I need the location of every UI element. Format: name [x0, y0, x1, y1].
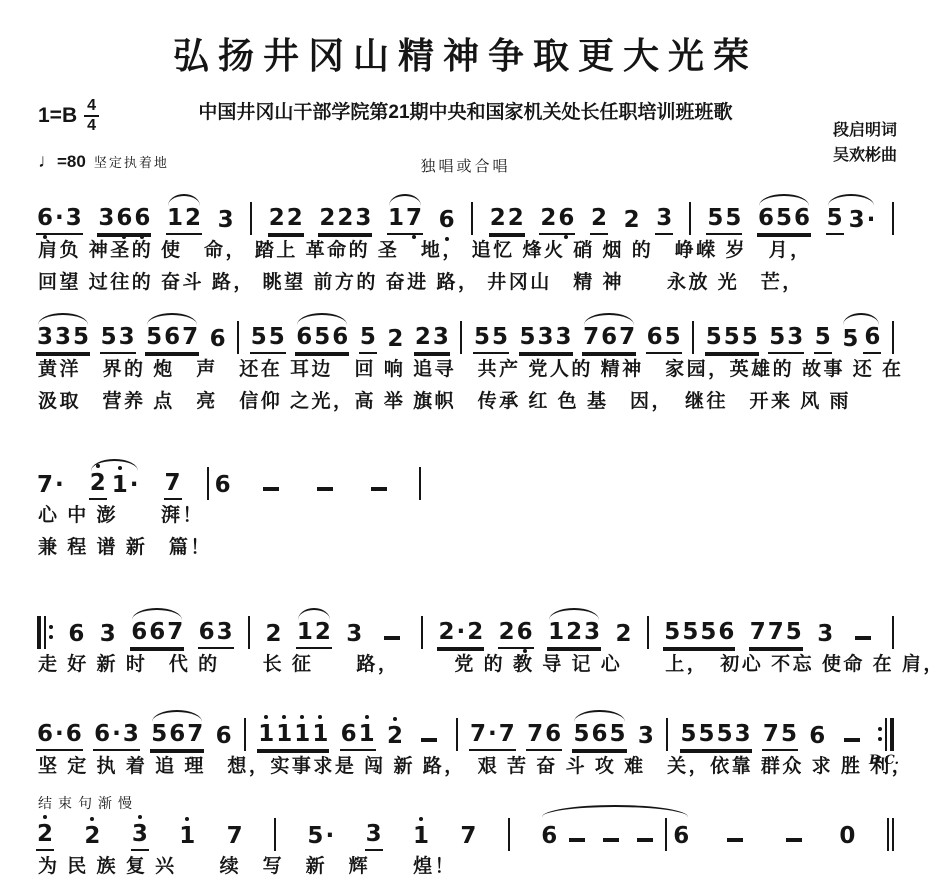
octave-up-dot: [138, 815, 142, 819]
note-group: 1: [176, 825, 198, 851]
slurred-note-group: 21·: [87, 472, 142, 500]
note-group: 6·6: [34, 723, 85, 751]
lyrics-line-1: 走 好 新 时 代 的 长 征 路， 党 的 教 导 记 心 上， 初心 不忘 …: [34, 649, 897, 681]
note: 3: [637, 725, 655, 751]
slurred-note-group: 667: [128, 621, 186, 649]
note: 22: [268, 207, 304, 235]
note: 567: [145, 326, 199, 354]
slurred-note-group: 12: [294, 621, 334, 649]
repeat-dots-icon: [49, 617, 53, 647]
note-group: 5553: [678, 723, 754, 751]
duration-dash: [786, 838, 802, 842]
lyrics-line-1: 为 民 族 复 兴 续 写 新 辉 煌！: [34, 851, 897, 877]
note: 61: [340, 723, 376, 751]
note-group: 3: [635, 725, 657, 751]
duration-dash: [855, 636, 871, 640]
duration-dash: [384, 636, 400, 640]
note: 5: [841, 328, 859, 354]
time-signature-bottom: 4: [87, 117, 96, 135]
note-group: [835, 738, 869, 751]
note-group: 555: [703, 326, 761, 354]
slurred-note-group: 565: [570, 723, 628, 751]
song-title: 弘扬井冈山精神争取更大光荣: [34, 28, 897, 79]
note-group: 1: [410, 825, 432, 851]
note-group: 3: [343, 623, 365, 649]
note-group: [846, 636, 880, 649]
note: 7·7: [469, 723, 516, 751]
barline-stroke: [37, 616, 41, 649]
key-label: 1=B: [38, 104, 77, 128]
note: 3: [99, 623, 117, 649]
octave-up-dot: [419, 817, 423, 821]
note: 1111: [257, 723, 329, 751]
note: 667: [130, 621, 184, 649]
barline-stroke: [665, 818, 667, 851]
note-group: 223: [316, 207, 374, 235]
lyrics-line-2: 回望 过往的 奋斗 路， 眺望 前方的 奋进 路， 井冈山 精 神 永放 光 芒…: [34, 267, 897, 299]
note: 17: [387, 207, 423, 235]
note-group: 775: [747, 621, 805, 649]
barline-stroke: [647, 616, 649, 649]
note: 3: [365, 823, 383, 851]
note-group: 6: [212, 474, 234, 500]
barline: [207, 467, 209, 500]
note: 366: [97, 207, 151, 235]
octave-up-dot: [264, 715, 268, 719]
note: 6: [540, 825, 558, 851]
note: 2: [89, 472, 107, 500]
octave-down-dot: [564, 235, 568, 239]
octave-down-dot: [523, 649, 527, 653]
barline: [471, 202, 473, 235]
note-group: [362, 487, 396, 500]
barline-stroke: [892, 202, 894, 235]
note: 3: [131, 823, 149, 851]
lyrics-line-2: 兼 程 谱 新 篇！: [34, 532, 897, 564]
barline-stroke: [456, 718, 458, 751]
note: 2·2: [437, 621, 484, 649]
note: 7: [226, 825, 244, 851]
note-group: 5: [357, 326, 379, 354]
note-group: 533: [517, 326, 575, 354]
note-group: [375, 636, 409, 649]
lyrics-line-1: 心 中 澎 湃！: [34, 500, 897, 532]
note: 6: [209, 328, 227, 354]
barline-stroke: [887, 818, 889, 851]
notes-line: 223175·317660: [34, 801, 897, 851]
note-group: 5556: [661, 621, 737, 649]
note: 533: [519, 326, 573, 354]
note: 1: [178, 825, 196, 851]
barline-stroke: [460, 321, 462, 354]
duration-dash: [317, 487, 333, 491]
barline: [244, 718, 246, 751]
note-group: 26: [537, 207, 577, 235]
note: 12: [296, 621, 332, 649]
octave-up-dot: [90, 817, 94, 821]
note: 6·3: [36, 207, 83, 235]
notes-line: 6·66·3567611116127·77656535553756D.C.: [34, 701, 897, 751]
note: 2: [36, 823, 54, 851]
note: 5·: [306, 825, 335, 851]
note: 55: [473, 326, 509, 354]
system-6: 结束句渐慢223175·317660为 民 族 复 兴 续 写 新 辉 煌！: [34, 793, 897, 877]
note: 2: [386, 328, 404, 354]
note: 1·: [111, 474, 140, 500]
barline-stroke: [274, 818, 276, 851]
repeat-begin-barline: [37, 616, 53, 649]
slurred-note-group: 123: [545, 621, 603, 649]
note: 7: [164, 472, 182, 500]
barline: [665, 818, 667, 851]
note: 2: [590, 207, 608, 235]
note-group: 2: [621, 209, 643, 235]
lyrics-line-1: 黄洋 界的 炮 声 还在 耳边 回 响 追寻 共产 党人的 精神 家园，英雄的 …: [34, 354, 897, 386]
note: 6: [808, 725, 826, 751]
note-group: 0: [836, 825, 858, 851]
duration-dash: [421, 738, 437, 742]
system-4: 636676321232·226123255567753走 好 新 时 代 的 …: [34, 599, 897, 681]
note-group: 7·: [34, 474, 67, 500]
duration-dash: [844, 738, 860, 742]
note-group: 2: [262, 623, 284, 649]
note-group: 2: [613, 623, 635, 649]
barline-stroke: [892, 818, 894, 851]
octave-up-dot: [393, 717, 397, 721]
note-group: 22: [266, 207, 306, 235]
octave-up-dot: [96, 464, 100, 468]
notes-line: 335535676556565223555337676555553556: [34, 304, 897, 354]
barline: [250, 202, 252, 235]
octave-down-dot: [122, 235, 126, 239]
barline-stroke: [892, 321, 894, 354]
note-group: 6: [65, 623, 87, 649]
note-group: 61: [338, 723, 378, 751]
note-group: [308, 487, 342, 500]
note-group: 366: [95, 207, 153, 235]
note-group: 63: [196, 621, 236, 649]
note: 6: [672, 825, 690, 851]
note-group: 2: [384, 725, 406, 751]
duration-dash: [263, 487, 279, 491]
note: 656: [295, 326, 349, 354]
key-signature: 1=B 4 4: [38, 97, 99, 134]
note-group: 3: [363, 823, 385, 851]
lyrics-line-1: 坚 定 执 着 追 理 想，实事求是 闯 新 路， 艰 苦 奋 斗 攻 难 关，…: [34, 751, 897, 783]
note: 6: [863, 326, 881, 354]
note: 3: [345, 623, 363, 649]
note: 0: [838, 825, 856, 851]
barline: [892, 321, 894, 354]
slurred-note-group: 656: [755, 207, 813, 235]
barline-stroke: [244, 718, 246, 751]
barline-stroke: [885, 718, 887, 751]
octave-down-dot: [445, 237, 449, 241]
note-group: 6: [213, 725, 235, 751]
note-group: 7: [224, 825, 246, 851]
note: 53: [100, 326, 136, 354]
notes-line: 636676321232·226123255567753: [34, 599, 897, 649]
slurred-note-group: 567: [148, 723, 206, 751]
barline-stroke: [471, 202, 473, 235]
lyrics-line-1: 肩负 神圣的 使 命， 踏上 革命的 圣 地， 追忆 烽火 硝 烟 的 峥嵘 岁…: [34, 235, 897, 267]
duration-dash: [569, 838, 585, 842]
note: 3: [816, 623, 834, 649]
note-group: 65: [644, 326, 684, 354]
duration-dash: [603, 838, 619, 842]
duration-dash: [637, 838, 653, 842]
note: 7·: [36, 474, 65, 500]
lyricist-credit: 段启明词: [833, 119, 897, 144]
note: 2: [615, 623, 633, 649]
note: 555: [705, 326, 759, 354]
note-group: [777, 838, 811, 851]
barline: [887, 818, 894, 851]
barline: [460, 321, 462, 354]
barline: [274, 818, 276, 851]
barline-stroke: [248, 616, 250, 649]
note-group: 5·: [304, 825, 337, 851]
note-group: 23: [412, 326, 452, 354]
note-group: 3: [215, 209, 237, 235]
note: 6: [67, 623, 85, 649]
octave-up-dot: [43, 815, 47, 819]
note-group: 7: [457, 825, 479, 851]
note: 55: [706, 207, 742, 235]
system-3: 7·21·76心 中 澎 湃！兼 程 谱 新 篇！: [34, 450, 897, 565]
barline: [419, 467, 421, 500]
octave-up-dot: [300, 715, 304, 719]
note: 567: [150, 723, 204, 751]
barline: [892, 616, 894, 649]
note-group: 1111: [255, 723, 331, 751]
note: 63: [198, 621, 234, 649]
note: 3·: [848, 209, 877, 235]
slurred-note-group: 335: [34, 326, 92, 354]
note-group: 55: [704, 207, 744, 235]
note-group: 7·7: [467, 723, 518, 751]
system-2: 335535676556565223555337676555553556黄洋 界…: [34, 304, 897, 419]
note: 5553: [680, 723, 752, 751]
note: 775: [749, 621, 803, 649]
barline-stroke: [689, 202, 691, 235]
duration-dash: [371, 487, 387, 491]
note-group: 2: [384, 328, 406, 354]
note: 23: [414, 326, 450, 354]
note: 65: [646, 326, 682, 354]
note: 223: [318, 207, 372, 235]
note: 26: [539, 207, 575, 235]
slurred-note-group: 53·: [824, 207, 879, 235]
slurred-note-group: 767: [580, 326, 638, 354]
barline-stroke: [692, 321, 694, 354]
note: 565: [572, 723, 626, 751]
dc-label: D.C.: [869, 753, 899, 768]
note: 123: [547, 621, 601, 649]
octave-up-dot: [282, 715, 286, 719]
note: 2: [623, 209, 641, 235]
note: 75: [762, 723, 798, 751]
octave-up-dot: [365, 715, 369, 719]
octave-down-dot: [43, 235, 47, 239]
barline-stroke: [237, 321, 239, 354]
note: 6·3: [93, 723, 140, 751]
note: 3: [655, 207, 673, 235]
note: 53: [768, 326, 804, 354]
note-group: 75: [760, 723, 800, 751]
note: 5556: [663, 621, 735, 649]
note: 22: [489, 207, 525, 235]
note-group: 6·3: [34, 207, 85, 235]
barline-stroke: [207, 467, 209, 500]
note: 2: [83, 825, 101, 851]
note-group: 5: [812, 326, 834, 354]
note: 335: [36, 326, 90, 354]
header-meta: 1=B 4 4 中国井冈山干部学院第21期中央和国家机关处长任职培训班班歌 段启…: [34, 95, 897, 151]
note-group: 2: [34, 823, 56, 851]
note: 656: [757, 207, 811, 235]
note: 5: [359, 326, 377, 354]
barline-stroke: [421, 616, 423, 649]
note-group: 76: [524, 723, 564, 751]
barline-stroke: [892, 616, 894, 649]
note-group: 7: [162, 472, 184, 500]
barline-stroke: [890, 718, 894, 751]
barline: [421, 616, 423, 649]
barline: [892, 202, 894, 235]
notes-line: 7·21·76: [34, 450, 897, 500]
note: 767: [582, 326, 636, 354]
octave-down-dot: [140, 235, 144, 239]
slurred-note-group: 656: [293, 326, 351, 354]
barline: [647, 616, 649, 649]
note-group: 3: [97, 623, 119, 649]
note-group: 26: [496, 621, 536, 649]
barline-stroke: [666, 718, 668, 751]
barline: [456, 718, 458, 751]
slurred-note-group: 567: [143, 326, 201, 354]
note: 5: [814, 326, 832, 354]
note-group: 55: [471, 326, 511, 354]
notes-line: 6·33661232222317622262235565653·: [34, 185, 897, 235]
note-group: 6: [207, 328, 229, 354]
barline: [248, 616, 250, 649]
barline: [692, 321, 694, 354]
note: 6: [438, 209, 456, 235]
system-5: 6·66·3567611116127·77656535553756D.C.坚 定…: [34, 701, 897, 783]
note-group: 3: [814, 623, 836, 649]
slurred-note-group: 66: [538, 818, 692, 851]
note: 1: [412, 825, 430, 851]
duration-dash: [727, 838, 743, 842]
barline-stroke: [44, 616, 46, 649]
octave-up-dot: [318, 715, 322, 719]
note-group: 2·2: [435, 621, 486, 649]
octave-up-dot: [185, 817, 189, 821]
sheet-music-page: 弘扬井冈山精神争取更大光荣 1=B 4 4 中国井冈山干部学院第21期中央和国家…: [0, 0, 931, 877]
note: 2: [264, 623, 282, 649]
note-group: 6: [436, 209, 458, 235]
note: 3: [217, 209, 235, 235]
note: 2: [386, 725, 404, 751]
octave-down-dot: [412, 235, 416, 239]
note-group: [412, 738, 446, 751]
note-group: 53: [98, 326, 138, 354]
barline-stroke: [250, 202, 252, 235]
slurred-note-group: 17: [385, 207, 425, 235]
lyrics-line-2: 汲取 营养 点 亮 信仰 之光，高 举 旗帜 传承 红 色 基 因， 继往 开来…: [34, 386, 897, 418]
barline-stroke: [419, 467, 421, 500]
note-group: [718, 838, 752, 851]
note: 26: [498, 621, 534, 649]
note-group: 22: [487, 207, 527, 235]
note-group: 53: [766, 326, 806, 354]
note: 6: [215, 725, 233, 751]
time-signature: 4 4: [84, 97, 99, 134]
note-group: [254, 487, 288, 500]
repeat-dots-icon: [878, 719, 882, 749]
note-group: 6: [806, 725, 828, 751]
song-subtitle: 中国井冈山干部学院第21期中央和国家机关处长任职培训班班歌: [34, 95, 897, 124]
barline: [666, 718, 668, 751]
system-1: 6·33661232222317622262235565653·肩负 神圣的 使…: [34, 185, 897, 300]
note: 6·6: [36, 723, 83, 751]
barline: [508, 818, 510, 851]
octave-up-dot: [118, 466, 122, 470]
time-signature-top: 4: [84, 97, 99, 117]
score: 6·33661232222317622262235565653·肩负 神圣的 使…: [34, 185, 897, 877]
note-group: 6·3: [91, 723, 142, 751]
note-group: 3: [653, 207, 675, 235]
note: 6: [214, 474, 232, 500]
note-group: 2: [588, 207, 610, 235]
note: 7: [459, 825, 477, 851]
slurred-note-group: 12: [164, 207, 204, 235]
note-group: 55: [248, 326, 288, 354]
note: 76: [526, 723, 562, 751]
barline-stroke: [508, 818, 510, 851]
note-group: 2: [81, 825, 103, 851]
performance-note: 独唱或合唱: [34, 155, 897, 176]
note: 5: [826, 207, 844, 235]
barline: [689, 202, 691, 235]
slurred-note-group: 56: [839, 326, 883, 354]
note-group: 3: [129, 823, 151, 851]
barline: [237, 321, 239, 354]
repeat-end-barline: [878, 718, 894, 751]
note: 55: [250, 326, 286, 354]
tempo-row: ♩ =80 坚定执着地 独唱或合唱: [34, 151, 897, 177]
note: 12: [166, 207, 202, 235]
